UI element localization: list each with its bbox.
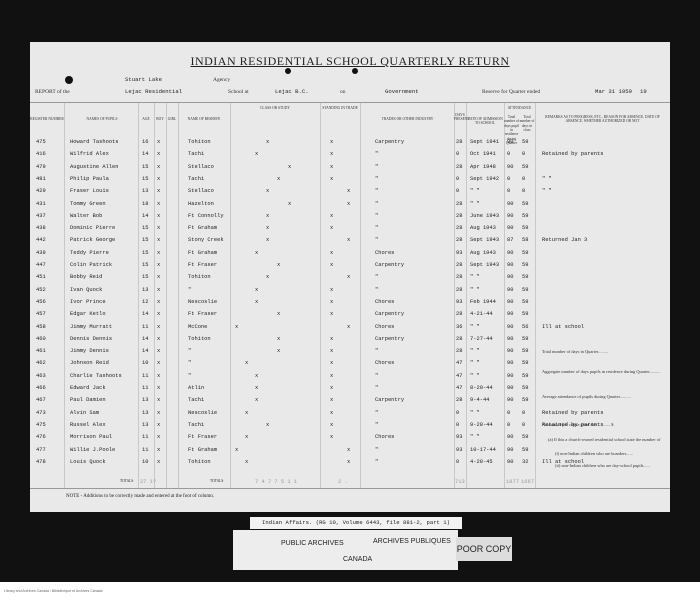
- side-note-boarders: (i) non-Indian children who are boarders…: [555, 451, 663, 457]
- total-days: 90: [507, 262, 513, 268]
- table-row: 481Philip Paula15xTachi"0Sept 194200" "x…: [30, 176, 670, 188]
- reserve-name: Ft Graham: [188, 225, 217, 231]
- header-boy: BOY: [154, 117, 166, 121]
- reserve-name: ": [188, 348, 191, 354]
- register-number: 438: [36, 225, 46, 231]
- admission-date: Apr 1948: [470, 164, 496, 170]
- class-days: 59: [522, 385, 528, 391]
- reserve-name: Tachi: [188, 397, 204, 403]
- trade: ": [375, 385, 378, 391]
- pupil-name: Augustine Allen: [70, 164, 119, 170]
- trade: ": [375, 459, 378, 465]
- age: 13: [142, 422, 148, 428]
- class-days: 0: [522, 188, 525, 194]
- standing-mark: x: [330, 373, 333, 379]
- class-mark: x: [266, 422, 269, 428]
- total-days: 90: [507, 459, 513, 465]
- side-note-average: Average attendance of pupils during Quar…: [542, 394, 662, 400]
- totals-row: TOTALS 27 1? TOTALS 7 4 7 7 5 1 1 2 . 71…: [30, 479, 670, 491]
- class-days: 0: [522, 151, 525, 157]
- days-present: 28: [456, 201, 462, 207]
- class-days: 59: [522, 164, 528, 170]
- standing-mark: x: [347, 237, 350, 243]
- standing-mark: x: [330, 164, 333, 170]
- header-attendance: ATTENDANCE: [504, 106, 535, 110]
- school-at-label: School at: [228, 89, 249, 95]
- reserve-value: Government: [385, 88, 419, 95]
- class-mark: x: [266, 188, 269, 194]
- pupil-name: Jimmy Murratt: [70, 324, 112, 330]
- trade: Carpentry: [375, 139, 404, 145]
- year-suffix: 19: [640, 88, 647, 95]
- admission-date: " ": [470, 360, 480, 366]
- register-number: 479: [36, 164, 46, 170]
- class-mark: x: [277, 336, 280, 342]
- boy-mark: x: [157, 385, 160, 391]
- admission-date: Aug 1943: [470, 250, 496, 256]
- side-note-total-days: Total number of days in Quarter.........: [542, 349, 662, 355]
- admission-date: Sept 1943: [470, 237, 499, 243]
- table-row: 416Wilfrid Alex14xTachi"0Oct 194100Retai…: [30, 151, 670, 163]
- reserve-name: Nescoslie: [188, 410, 217, 416]
- trade: ": [375, 176, 378, 182]
- age: 11: [142, 385, 148, 391]
- pupil-name: Fraser Louis: [70, 188, 109, 194]
- register-number: 456: [36, 299, 46, 305]
- class-mark: x: [277, 348, 280, 354]
- reserve-name: Stony Creek: [188, 237, 224, 243]
- header-admission: DATE OF ADMISSION TO SCHOOL: [466, 117, 504, 126]
- class-days: 59: [522, 287, 528, 293]
- class-days: 59: [522, 360, 528, 366]
- pupil-name: Bobby Reid: [70, 274, 102, 280]
- class-days: 0: [522, 176, 525, 182]
- boy-mark: x: [157, 422, 160, 428]
- days-present: 28: [456, 348, 462, 354]
- admission-date: 4-28-45: [470, 459, 493, 465]
- agency-value: Stuart Lake: [125, 76, 162, 83]
- standing-mark: x: [330, 299, 333, 305]
- reserve-name: Tachi: [188, 151, 204, 157]
- remark: " ": [542, 176, 552, 182]
- boy-mark: x: [157, 287, 160, 293]
- table-row: 451Bobby Reid15xTohiton"28" "9059xx: [30, 274, 670, 286]
- trade: Chores: [375, 250, 394, 256]
- reserve-name: Tohiton: [188, 274, 211, 280]
- days-present: 28: [456, 336, 462, 342]
- side-note-day-pupils: (ii) non-Indian children who are day-sch…: [555, 463, 663, 469]
- register-number: 473: [36, 410, 46, 416]
- days-present: 28: [456, 225, 462, 231]
- trade: Carpentry: [375, 397, 404, 403]
- standing-mark: x: [330, 422, 333, 428]
- register-number: 439: [36, 250, 46, 256]
- admission-date: " ": [470, 274, 480, 280]
- class-mark: x: [277, 262, 280, 268]
- register-number: 463: [36, 373, 46, 379]
- pupil-name: Charlie Tashoots: [70, 373, 122, 379]
- boy-mark: x: [157, 397, 160, 403]
- standing-mark: x: [330, 434, 333, 440]
- total-days: 90: [507, 250, 513, 256]
- total-days: 90: [507, 434, 513, 440]
- age: 15: [142, 237, 148, 243]
- table-row: 475Howard Tashoots16xTohitonCarpentry28S…: [30, 139, 670, 151]
- class-days: 59: [522, 250, 528, 256]
- standing-mark: x: [347, 201, 350, 207]
- age: 15: [142, 250, 148, 256]
- pupil-name: Howard Tashoots: [70, 139, 119, 145]
- class-mark: x: [266, 213, 269, 219]
- admission-date: Sept 1941: [470, 139, 499, 145]
- register-number: 461: [36, 348, 46, 354]
- trade: ": [375, 274, 378, 280]
- boy-mark: x: [157, 139, 160, 145]
- side-note-grant: Amount of per capita grant due .........…: [542, 422, 662, 428]
- reserve-name: Atlin: [188, 385, 204, 391]
- boy-mark: x: [157, 373, 160, 379]
- boy-mark: x: [157, 201, 160, 207]
- standing-mark: x: [330, 250, 333, 256]
- form-title: INDIAN RESIDENTIAL SCHOOL QUARTERLY RETU…: [30, 54, 670, 69]
- days-present: 28: [456, 164, 462, 170]
- age: 11: [142, 434, 148, 440]
- stamp-french: ARCHIVES PUBLIQUES: [373, 538, 451, 545]
- register-number: 416: [36, 151, 46, 157]
- total-days: 90: [507, 348, 513, 354]
- standing-mark: x: [330, 151, 333, 157]
- age: 14: [142, 213, 148, 219]
- age: 18: [142, 201, 148, 207]
- class-mark: x: [245, 410, 248, 416]
- boy-mark: x: [157, 188, 160, 194]
- total-days: 0: [507, 410, 510, 416]
- total-days: 87: [507, 237, 513, 243]
- reserve-name: Nescoslie: [188, 299, 217, 305]
- boy-mark: x: [157, 213, 160, 219]
- register-number: 437: [36, 213, 46, 219]
- age: 13: [142, 410, 148, 416]
- standing-mark: x: [347, 447, 350, 453]
- pupil-name: Dominic Pierre: [70, 225, 115, 231]
- total-days: 90: [507, 213, 513, 219]
- class-days: 59: [522, 225, 528, 231]
- pupil-name: Tommy Green: [70, 201, 106, 207]
- total-days: 0: [507, 151, 510, 157]
- class-days: 59: [522, 336, 528, 342]
- boy-mark: x: [157, 299, 160, 305]
- days-present: 28: [456, 274, 462, 280]
- boy-mark: x: [157, 164, 160, 170]
- total-days: 90: [507, 336, 513, 342]
- archive-stamp: PUBLIC ARCHIVES ARCHIVES PUBLIQUES CANAD…: [233, 530, 458, 570]
- table-row: 457Edgar Ketlo14xFt FraserCarpentry284-2…: [30, 311, 670, 323]
- class-days: 59: [522, 397, 528, 403]
- days-present: 28: [456, 213, 462, 219]
- reserve-name: Ft Fraser: [188, 434, 217, 440]
- table-row: 447Colin Patrick15xFt FraserCarpentry28S…: [30, 262, 670, 274]
- boy-mark: x: [157, 360, 160, 366]
- age: 15: [142, 225, 148, 231]
- class-days: 59: [522, 262, 528, 268]
- trade: Chores: [375, 324, 394, 330]
- register-number: 458: [36, 324, 46, 330]
- class-mark: x: [288, 201, 291, 207]
- standing-mark: x: [347, 459, 350, 465]
- age: 14: [142, 311, 148, 317]
- class-days: 59: [522, 201, 528, 207]
- total-days: 90: [507, 225, 513, 231]
- header-standing: STANDING IN TRADE: [320, 106, 360, 110]
- remark: " ": [542, 188, 552, 194]
- total-days: 90: [507, 274, 513, 280]
- register-number: 460: [36, 336, 46, 342]
- pupil-name: Walter Bob: [70, 213, 102, 219]
- reserve-name: Tohiton: [188, 336, 211, 342]
- total-days: 90: [507, 360, 513, 366]
- age: 15: [142, 164, 148, 170]
- boy-mark: x: [157, 225, 160, 231]
- class-mark: x: [266, 225, 269, 231]
- trade: ": [375, 373, 378, 379]
- reserve-name: Tachi: [188, 176, 204, 182]
- trade: ": [375, 237, 378, 243]
- age: 15: [142, 176, 148, 182]
- admission-date: Feb 1944: [470, 299, 496, 305]
- pupil-name: Patrick George: [70, 237, 115, 243]
- register-number: 475: [36, 422, 46, 428]
- total-days: 90: [507, 287, 513, 293]
- class-days: 0: [522, 410, 525, 416]
- reserve-name: Tachi: [188, 422, 204, 428]
- standing-mark: x: [330, 397, 333, 403]
- days-present: 28: [456, 397, 462, 403]
- days-present: 93: [456, 447, 462, 453]
- header-class: CLASS OR STUDY: [230, 106, 320, 110]
- class-mark: x: [266, 237, 269, 243]
- class-days: 56: [522, 324, 528, 330]
- days-present: 28: [456, 237, 462, 243]
- quarter-date: Mar 31 1950: [595, 88, 632, 95]
- side-note-aggregate: Aggregate number of days pupils in resid…: [542, 369, 662, 375]
- class-mark: x: [266, 274, 269, 280]
- class-days: 59: [522, 348, 528, 354]
- boy-mark: x: [157, 262, 160, 268]
- admission-date: 9-4-44: [470, 397, 489, 403]
- class-mark: x: [235, 447, 238, 453]
- pupil-name: Ivor Prince: [70, 299, 106, 305]
- pupil-name: Willie J.Poole: [70, 447, 115, 453]
- total-days: 90: [507, 201, 513, 207]
- class-days: 58: [522, 237, 528, 243]
- pupil-name: Morrison Paul: [70, 434, 112, 440]
- admission-date: " ": [470, 434, 480, 440]
- standing-mark: x: [347, 274, 350, 280]
- standing-mark: x: [330, 225, 333, 231]
- register-number: 457: [36, 311, 46, 317]
- reserve-name: Ft Graham: [188, 447, 217, 453]
- admission-date: " ": [470, 287, 480, 293]
- remark: Ill at school: [542, 324, 584, 330]
- days-present: 47: [456, 385, 462, 391]
- standing-mark: x: [330, 176, 333, 182]
- table-row: 438Dominic Pierre15xFt Graham"28Aug 1943…: [30, 225, 670, 237]
- total-days: 90: [507, 139, 513, 145]
- admission-date: " ": [470, 188, 480, 194]
- class-mark: x: [255, 287, 258, 293]
- reserve-name: Tohiton: [188, 459, 211, 465]
- days-present: 28: [456, 287, 462, 293]
- remark: Retained by parents: [542, 151, 603, 157]
- pupil-name: Johnson Reid: [70, 360, 109, 366]
- total-days: 0: [507, 188, 510, 194]
- days-present: 0: [456, 459, 459, 465]
- admission-date: " ": [470, 201, 480, 207]
- pupil-name: Alvin Sam: [70, 410, 99, 416]
- age: 11: [142, 373, 148, 379]
- trade: Carpentry: [375, 311, 404, 317]
- register-number: 481: [36, 176, 46, 182]
- table-row: 460Dennis Dennis14xTohitonCarpentry287-2…: [30, 336, 670, 348]
- standing-mark: x: [330, 410, 333, 416]
- pupil-name: Philip Paula: [70, 176, 109, 182]
- total-days: 90: [507, 385, 513, 391]
- trade: Chores: [375, 360, 394, 366]
- class-days: 59: [522, 373, 528, 379]
- pupil-name: Wilfrid Alex: [70, 151, 109, 157]
- quarterly-return-form: INDIAN RESIDENTIAL SCHOOL QUARTERLY RETU…: [30, 42, 670, 512]
- admission-date: 4-21-44: [470, 311, 493, 317]
- reserve-name: Hazelton: [188, 201, 214, 207]
- age: 15: [142, 274, 148, 280]
- table-row: 458Jimmy Murratt11xMcConeChores36" "9056…: [30, 324, 670, 336]
- trade: ": [375, 225, 378, 231]
- header-days-present: Total number of days in class: [519, 115, 535, 132]
- class-days: 59: [522, 139, 528, 145]
- total-days: 0: [507, 176, 510, 182]
- days-present: 28: [456, 139, 462, 145]
- pupil-name: Louis Quock: [70, 459, 106, 465]
- pupil-name: Dennis Dennis: [70, 336, 112, 342]
- register-number: 431: [36, 201, 46, 207]
- class-mark: x: [266, 139, 269, 145]
- admission-date: 7-27-44: [470, 336, 493, 342]
- boy-mark: x: [157, 274, 160, 280]
- archive-citation: Indian Affairs. (RG 10, Volume 6443, fil…: [250, 517, 462, 529]
- reserve-name: ": [188, 287, 191, 293]
- days-present: 36: [456, 324, 462, 330]
- header-days: DAYS PRESENT: [454, 113, 466, 122]
- trade: Carpentry: [375, 262, 404, 268]
- days-present: 93: [456, 434, 462, 440]
- standing-mark: x: [330, 360, 333, 366]
- admission-date: 8-20-44: [470, 385, 493, 391]
- reserve-name: Ft Connolly: [188, 213, 224, 219]
- trade: ": [375, 213, 378, 219]
- pupil-name: Colin Patrick: [70, 262, 112, 268]
- total-days: 90: [507, 299, 513, 305]
- boy-mark: x: [157, 311, 160, 317]
- reserve-name: Ft Graham: [188, 250, 217, 256]
- table-row: 429Fraser Louis13xStellaco"0" "00" "xx: [30, 188, 670, 200]
- trade: Chores: [375, 299, 394, 305]
- admission-date: Sept 1942: [470, 176, 499, 182]
- register-number: 447: [36, 262, 46, 268]
- total-days: 90: [507, 373, 513, 379]
- class-mark: x: [245, 360, 248, 366]
- days-present: 0: [456, 188, 459, 194]
- header-trades: TRADES OR OTHER INDUSTRY: [365, 117, 450, 121]
- standing-mark: x: [330, 287, 333, 293]
- days-present: 0: [456, 410, 459, 416]
- reserve-name: Ft Fraser: [188, 262, 217, 268]
- admission-date: " ": [470, 373, 480, 379]
- register-number: 452: [36, 287, 46, 293]
- admission-date: " ": [470, 324, 480, 330]
- reserve-name: Ft Fraser: [188, 311, 217, 317]
- boy-mark: x: [157, 324, 160, 330]
- days-present: 93: [456, 299, 462, 305]
- class-days: 59: [522, 299, 528, 305]
- trade: ": [375, 422, 378, 428]
- total-days: 90: [507, 447, 513, 453]
- reserve-name: McCone: [188, 324, 207, 330]
- register-number: 442: [36, 237, 46, 243]
- boy-mark: x: [157, 237, 160, 243]
- boy-mark: x: [157, 410, 160, 416]
- days-present: 0: [456, 422, 459, 428]
- age: 10: [142, 360, 148, 366]
- class-mark: x: [235, 324, 238, 330]
- table-row: 437Walter Bob14xFt Connolly"28June 19439…: [30, 213, 670, 225]
- pupil-name: Edgar Ketlo: [70, 311, 106, 317]
- days-present: 47: [456, 360, 462, 366]
- admission-date: Sept 1943: [470, 262, 499, 268]
- days-present: 93: [456, 250, 462, 256]
- register-number: 467: [36, 397, 46, 403]
- footer-note: NOTE - Additions to be correctly made an…: [66, 494, 214, 499]
- school-name: Lejac Residential: [125, 88, 182, 95]
- trade: ": [375, 164, 378, 170]
- standing-mark: x: [330, 311, 333, 317]
- admission-date: Oct 1941: [470, 151, 496, 157]
- class-mark: x: [255, 250, 258, 256]
- stamp-country: CANADA: [343, 556, 372, 563]
- age: 14: [142, 336, 148, 342]
- stamp-english: PUBLIC ARCHIVES: [281, 540, 344, 547]
- boy-mark: x: [157, 348, 160, 354]
- age: 14: [142, 348, 148, 354]
- table-row: 456Ivor Prince12xNescoslieChores93Feb 19…: [30, 299, 670, 311]
- standing-mark: x: [330, 336, 333, 342]
- punch-hole: [65, 76, 73, 84]
- agency-label: Agency: [213, 77, 230, 83]
- remark: Retained by parents: [542, 410, 603, 416]
- age: 15: [142, 262, 148, 268]
- boy-mark: x: [157, 176, 160, 182]
- days-present: 47: [456, 373, 462, 379]
- age: 12: [142, 299, 148, 305]
- age: 13: [142, 287, 148, 293]
- age: 13: [142, 188, 148, 194]
- boy-mark: x: [157, 447, 160, 453]
- trade: ": [375, 287, 378, 293]
- total-days: 90: [507, 324, 513, 330]
- pupil-table: REGISTER NUMBER NAMES OF PUPILS AGE BOY …: [30, 102, 670, 489]
- days-present: 0: [456, 176, 459, 182]
- standing-mark: x: [330, 139, 333, 145]
- boy-mark: x: [157, 336, 160, 342]
